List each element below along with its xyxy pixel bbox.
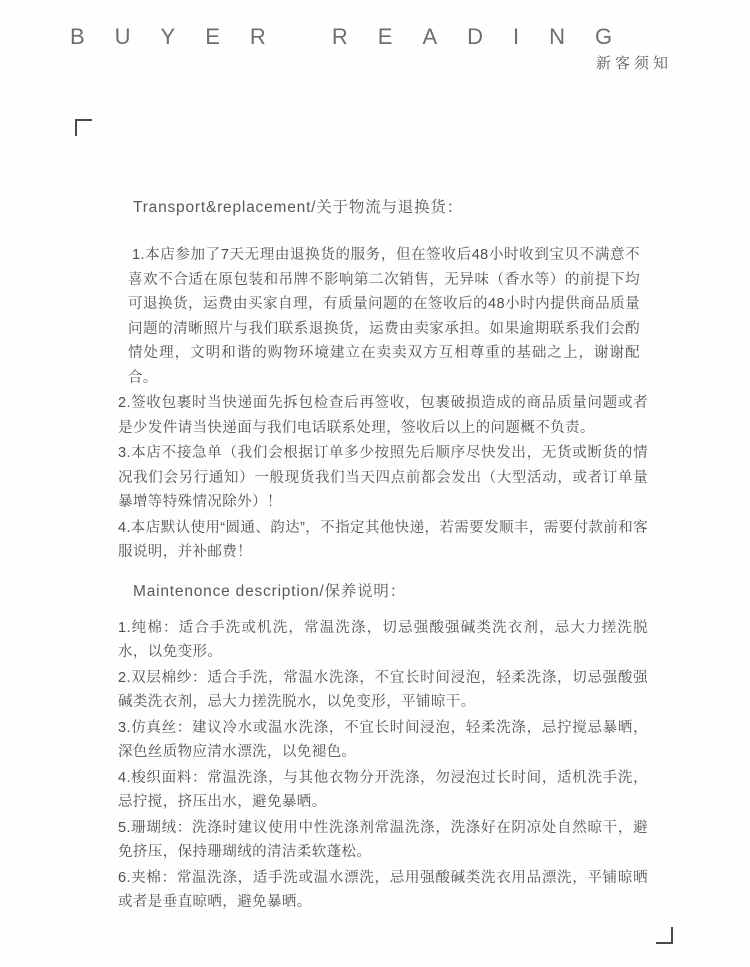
transport-section-title: Transport&replacement/关于物流与退换货： xyxy=(133,197,648,219)
corner-bracket-top-left-icon xyxy=(75,119,92,136)
maintenance-section-title: Maintenonce description/保养说明： xyxy=(133,581,648,603)
maintenance-item-1: 1.纯棉：适合手洗或机洗，常温洗涤，切忌强酸强碱类洗衣剂，忌大力搓洗脱水，以免变… xyxy=(118,616,648,665)
transport-policy-item-4: 4.本店默认使用“圆通、韵达”，不指定其他快递，若需要发顺丰，需要付款前和客服说… xyxy=(118,516,648,565)
maintenance-item-6: 6.夹棉：常温洗涤，适手洗或温水漂洗，忌用强酸碱类洗衣用品漂洗，平铺晾晒或者是垂… xyxy=(118,866,648,915)
corner-bracket-bottom-right-icon xyxy=(656,927,673,944)
maintenance-item-2: 2.双层棉纱：适合手洗，常温水洗涤，不宜长时间浸泡，轻柔洗涤，切忌强酸强碱类洗衣… xyxy=(118,666,648,715)
section-maintenance: Maintenonce description/保养说明： 1.纯棉：适合手洗或… xyxy=(118,581,648,915)
maintenance-item-4: 4.梭织面料：常温洗涤，与其他衣物分开洗涤，勿浸泡过长时间，适机洗手洗，忌拧搅，… xyxy=(118,766,648,815)
notice-content: Transport&replacement/关于物流与退换货： 1.本店参加了7… xyxy=(118,197,648,916)
transport-policy-item-1: 1.本店参加了7天无理由退换货的服务，但在签收后48小时收到宝贝不满意不喜欢不合… xyxy=(128,243,640,390)
maintenance-item-5: 5.珊瑚绒：洗涤时建议使用中性洗涤剂常温洗涤，洗涤好在阴凉处自然晾干，避免挤压，… xyxy=(118,816,648,865)
page-title: BUYER READING xyxy=(70,24,642,50)
buyer-reading-notice-page: BUYER READING 新客须知 Transport&replacement… xyxy=(0,0,750,967)
section-transport-replacement: Transport&replacement/关于物流与退换货： 1.本店参加了7… xyxy=(118,197,648,565)
transport-policy-item-2: 2.签收包裹时当快递面先拆包检查后再签收，包裹破损造成的商品质量问题或者是少发件… xyxy=(118,391,648,440)
page-subtitle: 新客须知 xyxy=(596,52,672,73)
transport-policy-item-3: 3.本店不接急单（我们会根据订单多少按照先后顺序尽快发出，无货或断货的情况我们会… xyxy=(118,441,648,515)
maintenance-item-3: 3.仿真丝：建议冷水或温水洗涤，不宜长时间浸泡，轻柔洗涤，忌拧搅忌暴晒，深色丝质… xyxy=(118,716,648,765)
